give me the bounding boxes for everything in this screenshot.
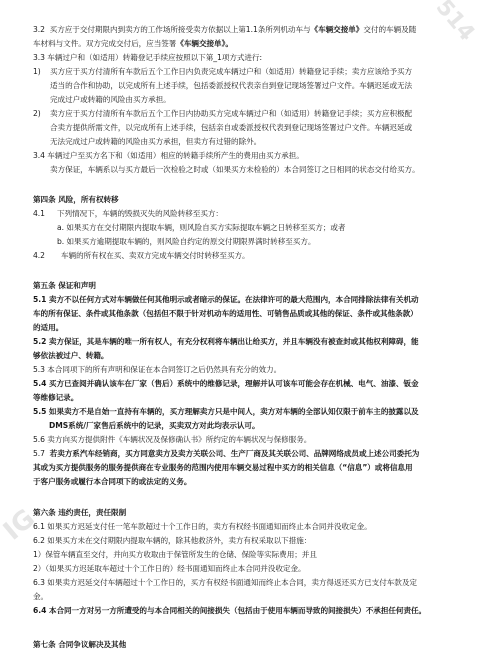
clause-6-3: 6.3 如果卖方迟延交付车辆超过十个工作日的，买方有权经书面通知而终止本合同，卖…	[33, 578, 417, 588]
sub-item-b: b. 如果买方逾期提取车辆的，则风险自约定的原交付期限界满时转移至买方。	[57, 237, 315, 247]
clause-5-7-cont: 其或为买方提供服务的服务提供商在专业服务的范围内使用车辆交易过程中买方的相关信息…	[33, 463, 413, 473]
document-page: 514 IG 3.2 买方应于交付期限内到卖方的工作场所接受卖方依据以上第1.1…	[0, 0, 482, 663]
section-6-title: 第六条 违约责任，责任限制	[33, 508, 126, 518]
clause-5-5-cont: DMS系统/厂家售后系统中的记录，买卖双方对此均表示认可。	[49, 421, 260, 431]
list-item-2-cont: 合卖方提供所需文件，以完成所有上述手续，包括亲自或委派授权代表到登记现场签署过户…	[50, 123, 412, 133]
clause-5-2: 5.2 卖方保证，其是车辆的唯一所有权人，有充分权利将车辆出让给买方，并且车辆没…	[33, 337, 419, 347]
clause-5-6: 5.6 卖方向买方提供附件《车辆状况及保修确认书》所约定的车辆状况与保修服务。	[33, 435, 311, 445]
section-5-title: 第五条 保证和声明	[33, 281, 96, 291]
clause-4-2: 4.2车辆的所有权在买、卖双方完成车辆交付时转移至买方。	[33, 251, 250, 261]
clause-text-bold: 若卖方系汽车经销商，买方同意卖方及卖方关联公司、生产厂商及其关联公司、品牌网络成…	[50, 449, 420, 458]
clause-6-4: 6.4 本合同一方对另一方所遭受的与本合同相关的间接损失（包括由于使用车辆而导致…	[33, 606, 426, 616]
list-number: 1)	[33, 67, 50, 77]
section-4-title: 第四条 风险，所有权转移	[33, 195, 119, 205]
clause-number: 3.2	[33, 25, 45, 34]
list-item-2: 2)卖方应于买方付清所有车款后五个工作日内协助买方完成车辆过户和（如适用）转籍登…	[33, 109, 412, 119]
clause-number: 4.1	[33, 209, 57, 219]
list-text: 买方应于买方付清所有车款后五个工作日内负责完成车辆过户和（如适用）转籍登记手续；…	[50, 67, 412, 76]
list-item-1-cont: 完成过户或转籍的风险由买方承担。	[50, 95, 171, 105]
clause-5-4-cont: 等维修记录。	[33, 393, 78, 403]
clause-5-7-cont: 于客户服务或履行本合同项下的或法定的义务。	[33, 477, 191, 487]
clause-6-2: 6.2 如果买方未在交付期限内提取车辆的，除其他救济外，卖方有权采取以下措施：	[33, 536, 311, 546]
clause-text: 买方应于交付期限内到卖方的工作场所接受卖方依据以上第1.1条所列机动车与	[50, 25, 311, 34]
clause-text: 车材料与文件。双方完成交付后，应当签署	[33, 39, 176, 48]
clause-5-1: 5.1 卖方不以任何方式对车辆做任何其他明示或者暗示的保证。在法律许可的最大范围…	[33, 295, 419, 305]
watermark-text: 514	[431, 0, 480, 46]
list-item-2-cont: 无法完成过户或转籍的风险由买方承担，但卖方有过错的除外。	[50, 137, 261, 147]
list-item-1-cont: 适当的合作和协助，以完成所有上述手续，包括委派授权代表亲自到登记现场签署过户文件…	[50, 81, 412, 91]
clause-5-2-cont: 够依法被过户、转籍。	[33, 351, 108, 361]
clause-3-4: 3.4 车辆过户至买方名下和（如适用）相应的转籍手续所产生的费用由买方承担。	[33, 151, 304, 161]
list-text: 卖方应于买方付清所有车款后五个工作日内协助买方完成车辆过户和（如适用）转籍登记手…	[50, 109, 412, 118]
clause-text-bold: 《车辆交接单》	[311, 25, 364, 34]
clause-number: 4.2	[33, 251, 61, 261]
list-item-1: 1)买方应于买方付清所有车款后五个工作日内负责完成车辆过户和（如适用）转籍登记手…	[33, 67, 412, 77]
clause-text: 交付的车辆及随	[363, 25, 416, 34]
clause-number: 5.7	[33, 449, 45, 458]
clause-5-4: 5.4 买方已查阅并确认该车在厂家（售后）系统中的维修记录，理解并认可该车可能会…	[33, 379, 419, 389]
clause-5-5: 5.5 如果卖方不是自始一直持有车辆的，买方理解卖方只是中间人，卖方对车辆的全部…	[33, 407, 419, 417]
clause-5-7: 5.7 若卖方系汽车经销商，买方同意卖方及卖方关联公司、生产厂商及其关联公司、品…	[33, 449, 419, 459]
clause-3-3: 3.3 车辆过户和（如适用）转籍登记手续应按照以下第_1项方式进行:	[33, 53, 262, 63]
measure-1: 1）保管车辆直至交付，并向买方收取由于保管所发生的仓储、保险等实际费用；并且	[33, 550, 317, 560]
measure-2: 2）（如果买方迟延取车超过十个工作日的）经书面通知而终止本合同并没收定金。	[33, 564, 306, 574]
clause-3-4-cont: 卖方保证，车辆系以与买方最后一次检验之时或（如果买方未检验的）本合同签订之日相同…	[50, 165, 420, 175]
list-number: 2)	[33, 109, 50, 119]
clause-5-3: 5.3 本合同项下的所有声明和保证在本合同签订之后仍然具有充分的效力。	[33, 365, 281, 375]
clause-text: 下列情况下，车辆的毁损灭失的风险转移至买方：	[57, 209, 223, 218]
clause-3-2-cont: 车材料与文件。双方完成交付后，应当签署《车辆交接单》。	[33, 39, 233, 49]
clause-5-1-cont: 的适用。	[33, 323, 63, 333]
clause-3-2: 3.2 买方应于交付期限内到卖方的工作场所接受卖方依据以上第1.1条所列机动车与…	[33, 25, 416, 35]
sub-item-a: a. 如果买方在交付期限内提取车辆，则风险自买方实际提取车辆之日转移至买方；或者	[57, 223, 345, 233]
clause-text-bold: 《车辆交接单》。	[176, 39, 233, 48]
clause-text: 车辆的所有权在买、卖双方完成车辆交付时转移至买方。	[61, 251, 250, 260]
section-7-title: 第七条 合同争议解决及其他	[33, 640, 126, 650]
clause-6-1: 6.1 如果买方迟延支付任一笔车款超过十个工作日的，卖方有权经书面通知而终止本合…	[33, 522, 372, 532]
clause-5-1-cont: 车的所有保证、条件或其他条款（包括但不限于针对机动车的适用性、可销售品质或其他的…	[33, 309, 418, 319]
clause-4-1: 4.1下列情况下，车辆的毁损灭失的风险转移至买方：	[33, 209, 223, 219]
clause-6-3-cont: 金。	[33, 592, 48, 602]
